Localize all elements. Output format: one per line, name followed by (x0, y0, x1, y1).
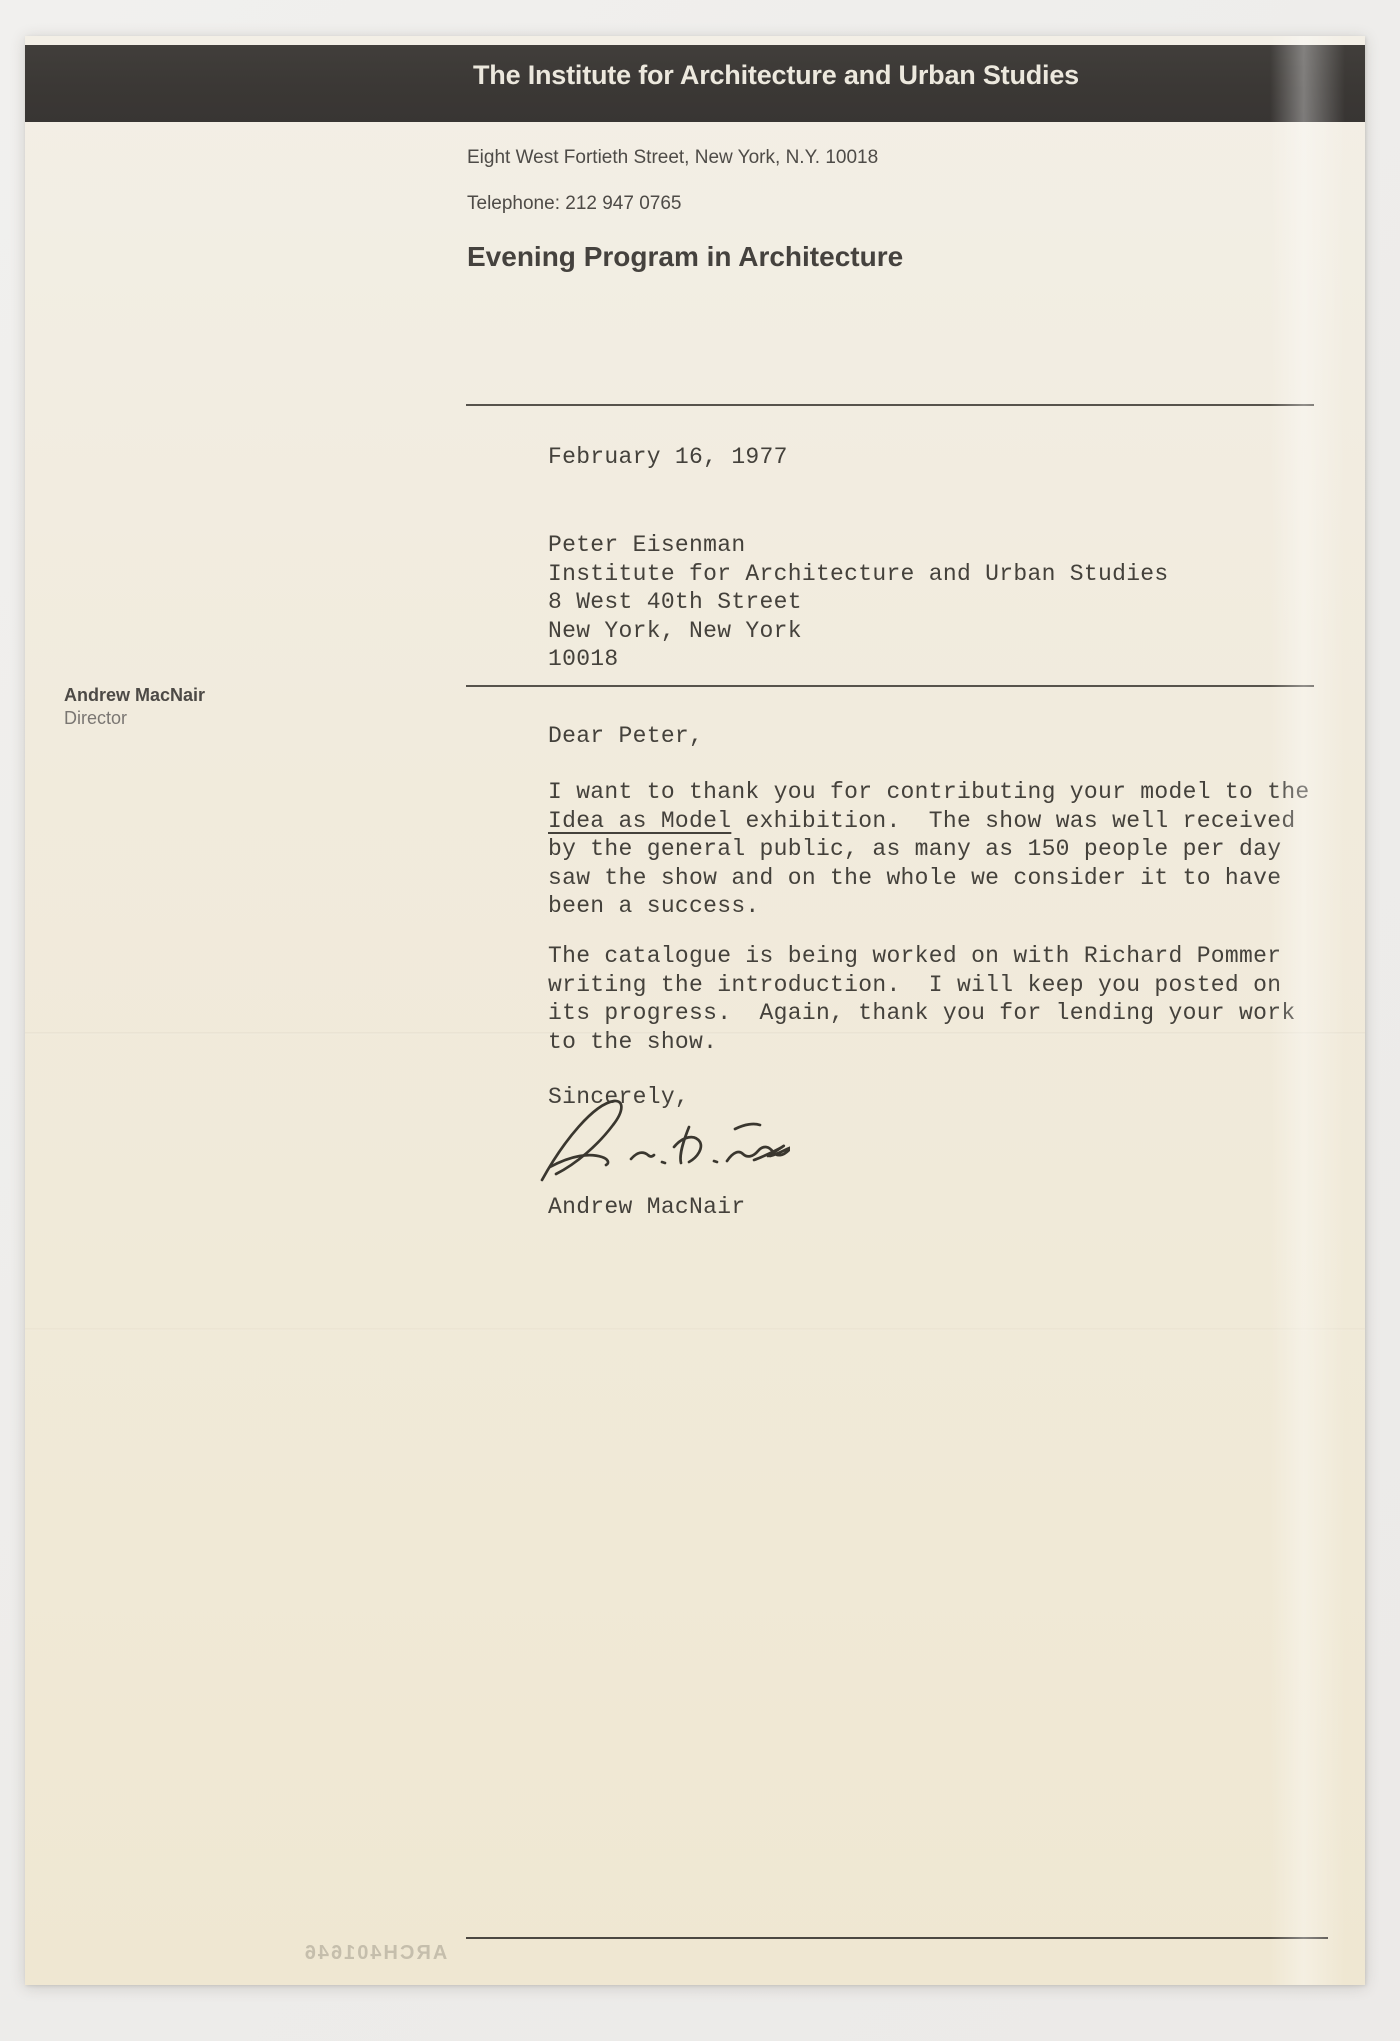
margin-director-title: Director (64, 707, 205, 730)
letter-date: February 16, 1977 (548, 443, 788, 472)
letterhead-address-line1: Eight West Fortieth Street, New York, N.… (467, 147, 878, 168)
body-paragraph-1: I want to thank you for contributing you… (548, 778, 1310, 921)
handwritten-signature-scrawl (530, 1094, 790, 1192)
paragraph-1-text: I want to thank you for contributing you… (548, 779, 1310, 805)
paper-crease (25, 1328, 1365, 1331)
horizontal-rule-top (466, 404, 1314, 406)
org-title: The Institute for Architecture and Urban… (25, 45, 1079, 91)
body-paragraph-2: The catalogue is being worked on with Ri… (548, 942, 1295, 1056)
recipient-address-block: Peter Eisenman Institute for Architectur… (548, 531, 1169, 674)
horizontal-rule-bottom (466, 1937, 1328, 1939)
archive-number-showthrough: ARCH401646 (290, 1942, 460, 1965)
letterhead-address-line2: Telephone: 212 947 0765 (467, 193, 681, 214)
program-title: Evening Program in Architecture (467, 241, 903, 273)
margin-director-name: Andrew MacNair (64, 684, 205, 707)
typed-signature-name: Andrew MacNair (548, 1193, 745, 1222)
scanned-letter-page: { "letterhead": { "org_name": "The Insti… (0, 0, 1400, 2041)
horizontal-rule-middle (466, 685, 1314, 687)
exhibition-title-underlined: Idea as Model (548, 808, 731, 834)
letterhead-address: Eight West Fortieth Street, New York, N.… (467, 146, 878, 215)
salutation: Dear Peter, (548, 722, 703, 751)
letterhead-bar: The Institute for Architecture and Urban… (25, 45, 1365, 122)
margin-signatory-block: Andrew MacNair Director (64, 684, 205, 730)
letter-paper: The Institute for Architecture and Urban… (25, 36, 1365, 1985)
